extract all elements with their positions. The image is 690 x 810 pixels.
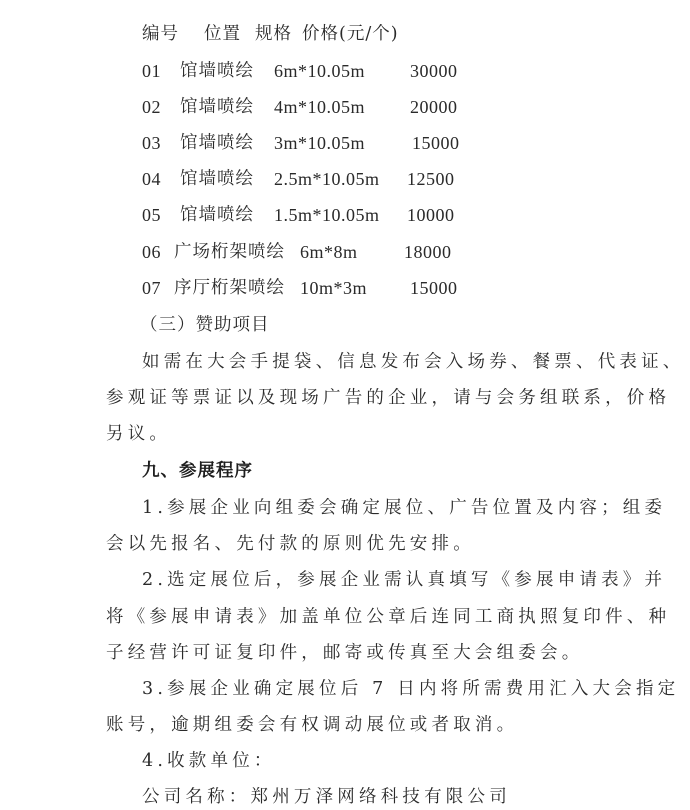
procedure-item-line: 会以先报名、先付款的原则优先安排。 <box>106 532 475 556</box>
procedure-item-line: 将《参展申请表》加盖单位公章后连同工商执照复印件、种 <box>106 605 670 629</box>
row-number: 03 <box>142 131 161 155</box>
sponsorship-line: 如需在大会手提袋、信息发布会入场券、餐票、代表证、 <box>142 350 685 374</box>
row-spec: 10m*3m <box>300 276 367 300</box>
row-number: 04 <box>142 167 161 191</box>
section-heading: 九、参展程序 <box>142 459 253 483</box>
row-spec: 4m*10.05m <box>274 95 365 119</box>
row-location: 序厅桁架喷绘 <box>174 276 285 300</box>
procedure-item-line: 1.参展企业向组委会确定展位、广告位置及内容；组委 <box>142 496 666 520</box>
row-spec: 6m*10.05m <box>274 59 365 83</box>
row-spec: 6m*8m <box>300 240 358 264</box>
row-location: 馆墙喷绘 <box>180 203 254 227</box>
row-price: 12500 <box>407 167 455 191</box>
row-price: 18000 <box>404 240 452 264</box>
row-price: 15000 <box>412 131 460 155</box>
row-number: 01 <box>142 59 161 83</box>
row-price: 15000 <box>410 276 458 300</box>
row-number: 05 <box>142 203 161 227</box>
header-location: 位置 <box>204 22 241 46</box>
row-number: 06 <box>142 240 161 264</box>
header-price: 价格(元/个) <box>302 22 399 46</box>
sponsorship-title: （三）赞助项目 <box>140 313 270 337</box>
row-spec: 2.5m*10.05m <box>274 167 380 191</box>
sponsorship-line: 参观证等票证以及现场广告的企业，请与会务组联系，价格 <box>106 386 670 410</box>
procedure-item-line: 子经营许可证复印件，邮寄或传真至大会组委会。 <box>106 641 583 665</box>
header-spec: 规格 <box>255 22 292 46</box>
row-spec: 3m*10.05m <box>274 131 365 155</box>
row-number: 07 <box>142 276 161 300</box>
sponsorship-line: 另议。 <box>106 422 171 446</box>
procedure-item-line: 2.选定展位后，参展企业需认真填写《参展申请表》并 <box>142 568 666 592</box>
procedure-item-line: 3.参展企业确定展位后 7 日内将所需费用汇入大会指定 <box>142 677 679 701</box>
row-price: 20000 <box>410 95 458 119</box>
header-number: 编号 <box>142 22 179 46</box>
row-location: 馆墙喷绘 <box>180 95 254 119</box>
row-number: 02 <box>142 95 161 119</box>
row-location: 馆墙喷绘 <box>180 131 254 155</box>
row-price: 30000 <box>410 59 458 83</box>
procedure-item-line: 4.收款单位： <box>142 749 276 773</box>
company-name: 公司名称：郑州万泽网络科技有限公司 <box>142 785 511 809</box>
row-location: 馆墙喷绘 <box>180 59 254 83</box>
row-location: 馆墙喷绘 <box>180 167 254 191</box>
row-spec: 1.5m*10.05m <box>274 203 380 227</box>
procedure-item-line: 账号，逾期组委会有权调动展位或者取消。 <box>106 713 518 737</box>
row-location: 广场桁架喷绘 <box>174 240 285 264</box>
row-price: 10000 <box>407 203 455 227</box>
